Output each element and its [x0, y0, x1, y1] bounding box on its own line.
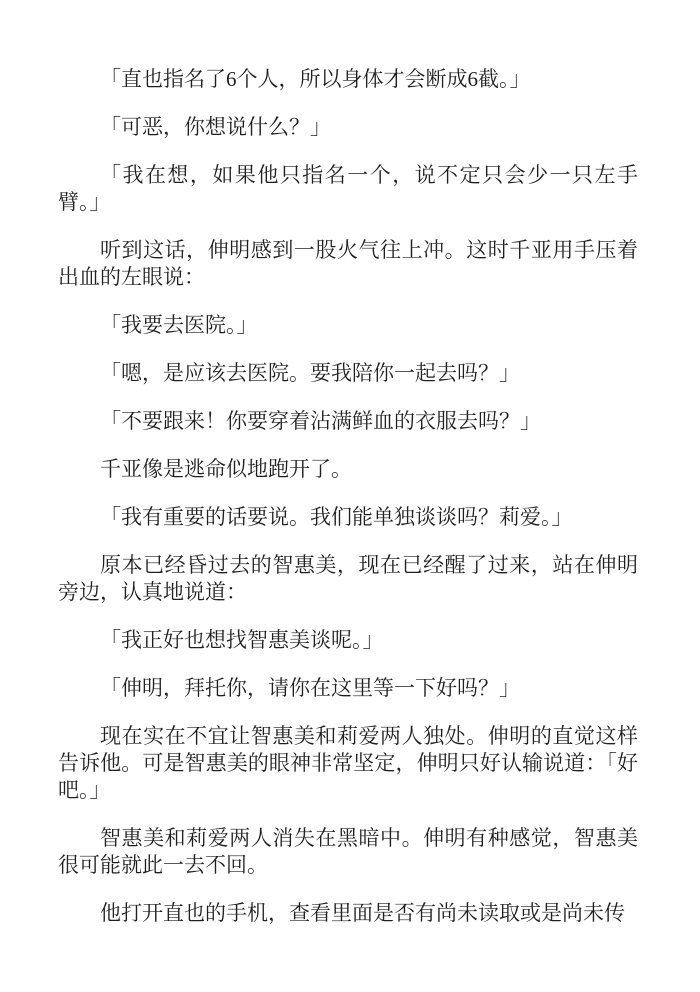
paragraph-dialogue-2: 「可恶，你想说什么？」	[58, 114, 638, 141]
paragraph-dialogue-4: 「我要去医院。」	[58, 312, 638, 339]
paragraph-dialogue-9: 「伸明，拜托你，请你在这里等一下好吗？」	[58, 675, 638, 702]
paragraph-dialogue-6: 「不要跟来！你要穿着沾满鲜血的衣服去吗？」	[58, 408, 638, 435]
paragraph-narration-2: 千亚像是逃命似地跑开了。	[58, 456, 638, 483]
paragraph-dialogue-3: 「我在想，如果他只指名一个，说不定只会少一只左手臂。」	[58, 162, 638, 216]
paragraph-narration-4: 现在实在不宜让智惠美和莉爱两人独处。伸明的直觉这样告诉他。可是智惠美的眼神非常坚…	[58, 723, 638, 804]
paragraph-narration-3: 原本已经昏过去的智惠美，现在已经醒了过来，站在伸明旁边，认真地说道：	[58, 552, 638, 606]
paragraph-narration-6: 他打开直也的手机，查看里面是否有尚未读取或是尚未传	[58, 900, 638, 927]
novel-page: 「直也指名了6个人，所以身体才会断成6截。」 「可恶，你想说什么？」 「我在想，…	[0, 0, 700, 992]
paragraph-dialogue-5: 「嗯，是应该去医院。要我陪你一起去吗？」	[58, 360, 638, 387]
paragraph-narration-5: 智惠美和莉爱两人消失在黑暗中。伸明有种感觉，智惠美很可能就此一去不回。	[58, 825, 638, 879]
paragraph-dialogue-8: 「我正好也想找智惠美谈呢。」	[58, 627, 638, 654]
paragraph-dialogue-7: 「我有重要的话要说。我们能单独谈谈吗？莉爱。」	[58, 504, 638, 531]
paragraph-narration-1: 听到这话，伸明感到一股火气往上冲。这时千亚用手压着出血的左眼说：	[58, 237, 638, 291]
paragraph-dialogue-1: 「直也指名了6个人，所以身体才会断成6截。」	[58, 66, 638, 93]
